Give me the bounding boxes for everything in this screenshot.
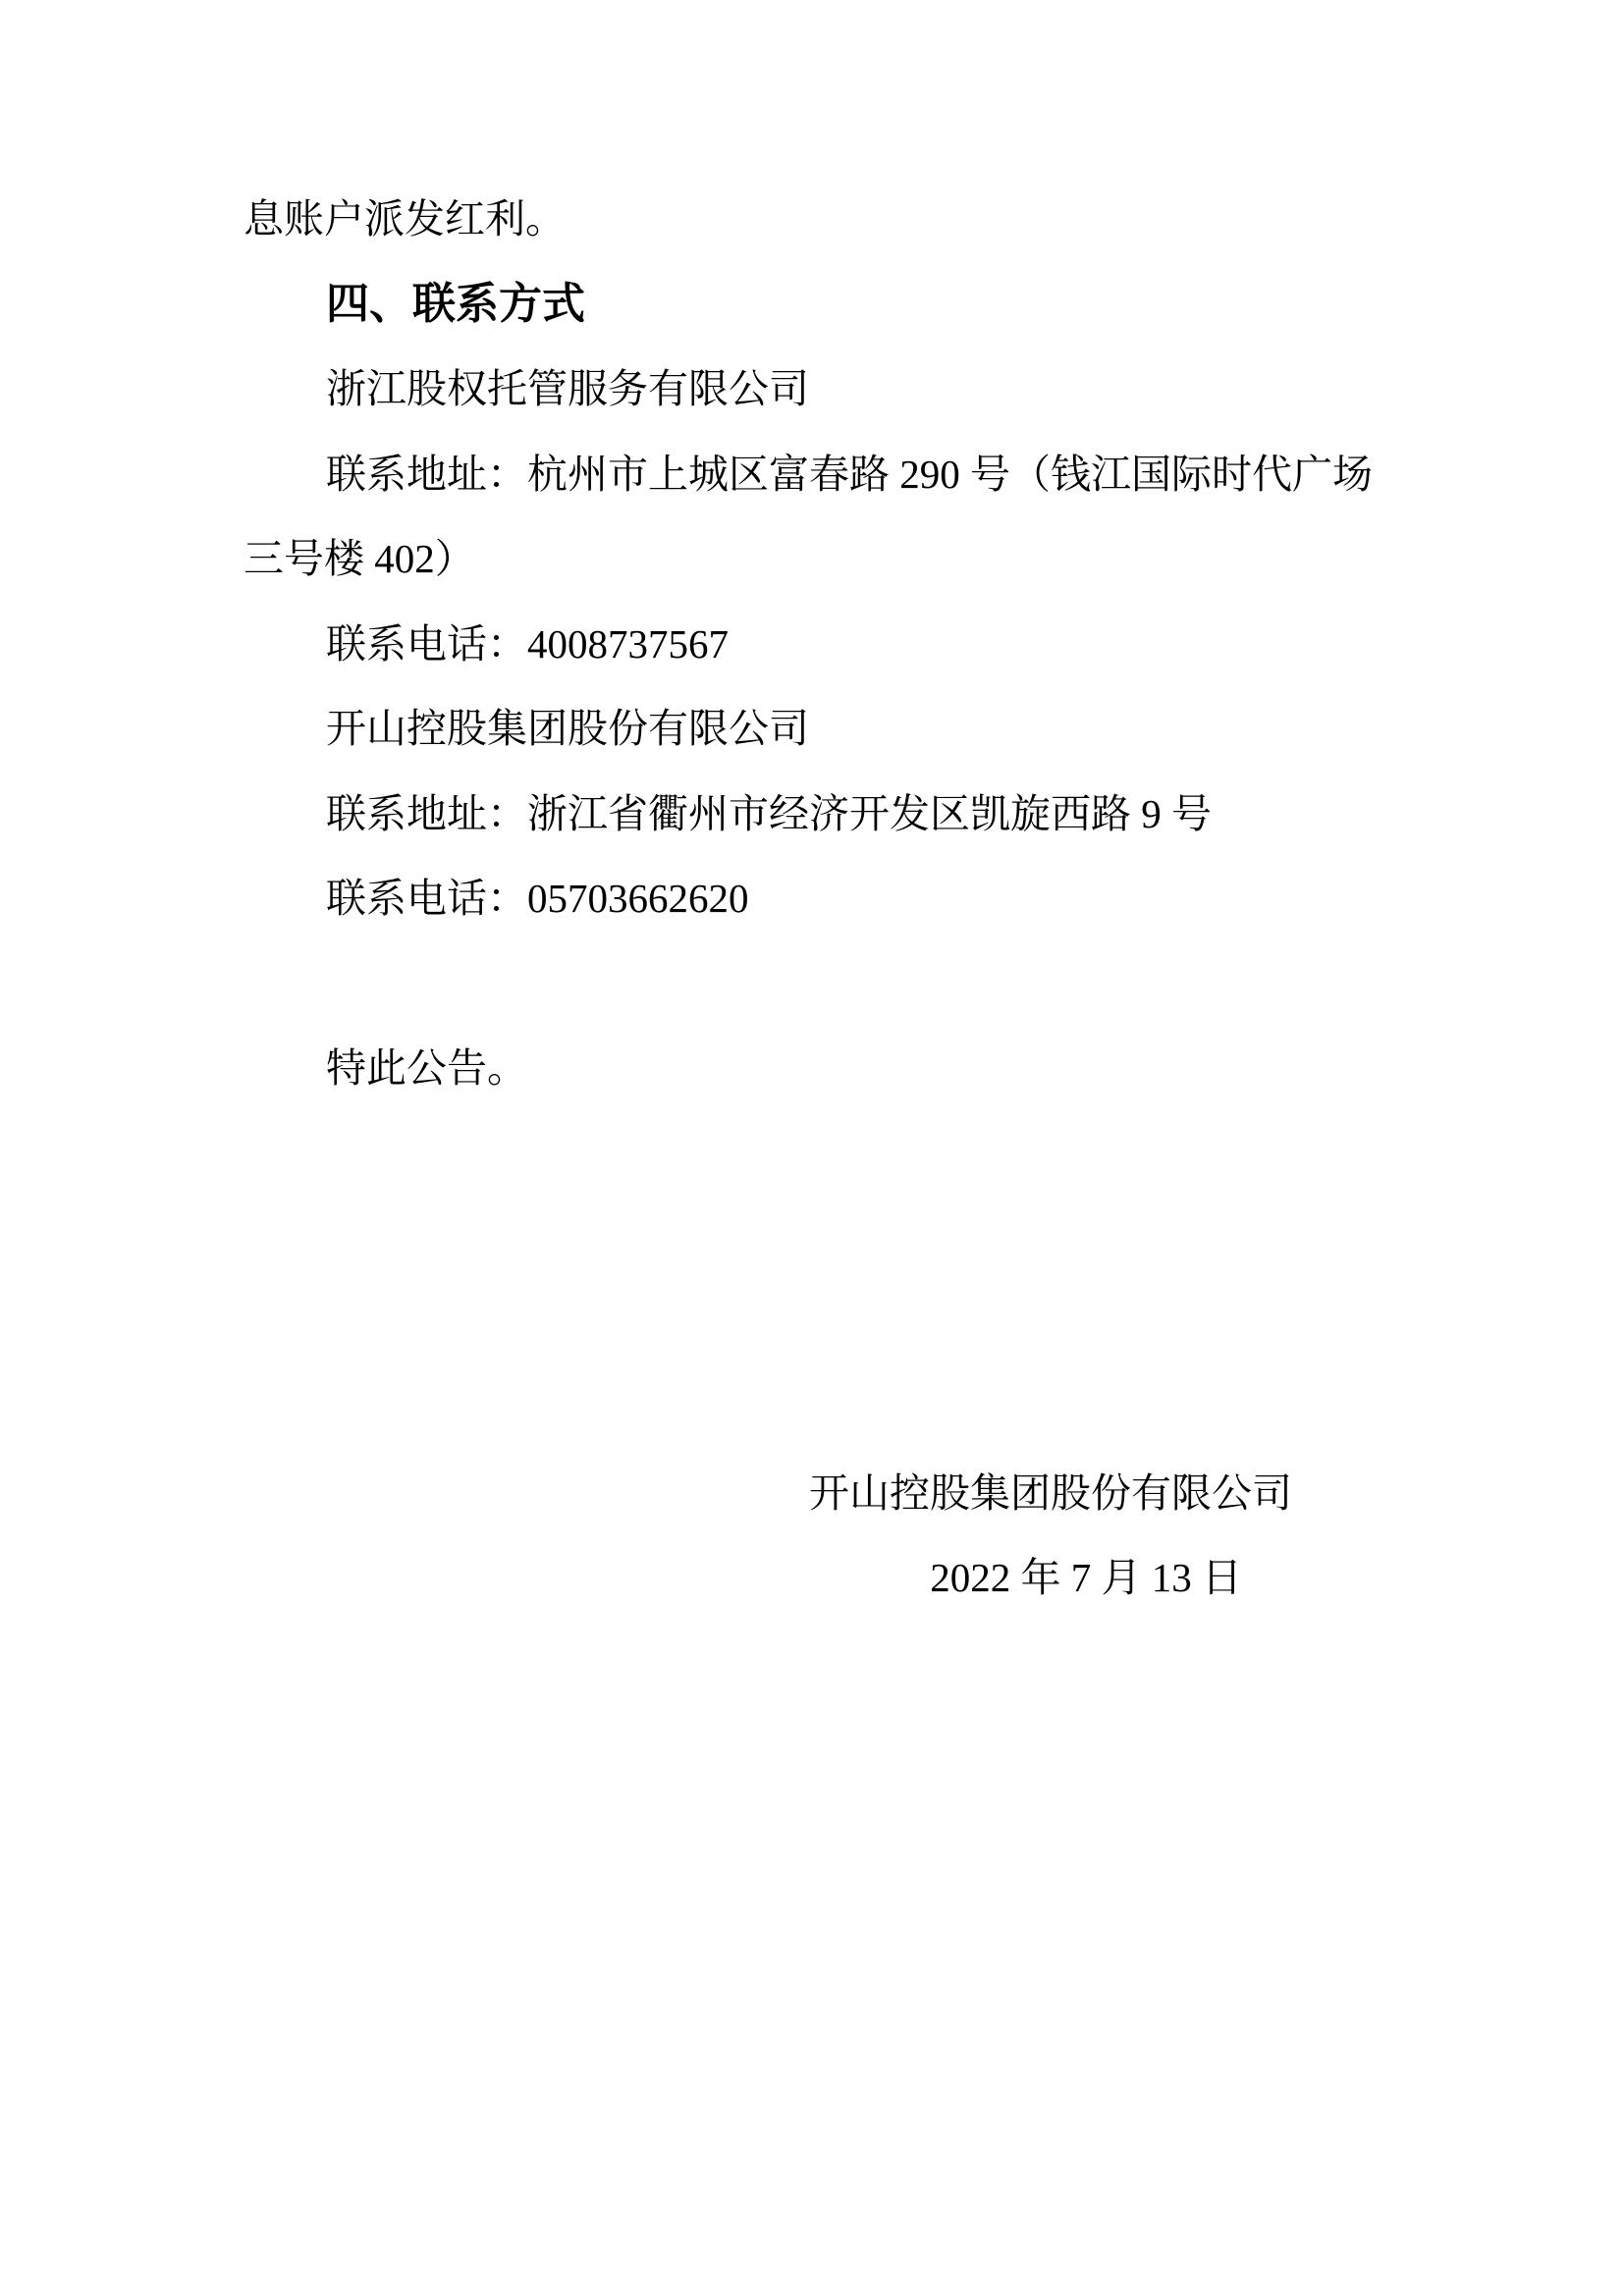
contact-line-phone-1: 联系电话：4008737567 [244, 602, 1380, 687]
contact-line-address-1: 联系地址：杭州市上城区富春路 290 号（钱江国际时代广场 [244, 432, 1380, 517]
document-page: 息账户派发红利。 四、联系方式 浙江股权托管服务有限公司 联系地址：杭州市上城区… [0, 0, 1624, 2296]
vertical-spacer [244, 1111, 1380, 1451]
contact-line-company-1: 浙江股权托管服务有限公司 [244, 347, 1380, 432]
signature-company: 开山控股集团股份有限公司 [244, 1451, 1380, 1536]
contact-line-address-2: 联系地址：浙江省衢州市经济开发区凯旋西路 9 号 [244, 772, 1380, 857]
contact-line-address-1-wrap: 三号楼 402） [244, 516, 1380, 602]
signature-date: 2022 年 7 月 13 日 [244, 1535, 1380, 1621]
blank-line [244, 941, 1380, 1027]
contact-line-company-2: 开山控股集团股份有限公司 [244, 686, 1380, 772]
closing-line: 特此公告。 [244, 1026, 1380, 1111]
section-heading: 四、联系方式 [244, 262, 1380, 347]
document-content: 息账户派发红利。 四、联系方式 浙江股权托管服务有限公司 联系地址：杭州市上城区… [244, 177, 1380, 1621]
contact-line-phone-2: 联系电话：05703662620 [244, 856, 1380, 941]
paragraph-continuation-line: 息账户派发红利。 [244, 177, 1380, 262]
